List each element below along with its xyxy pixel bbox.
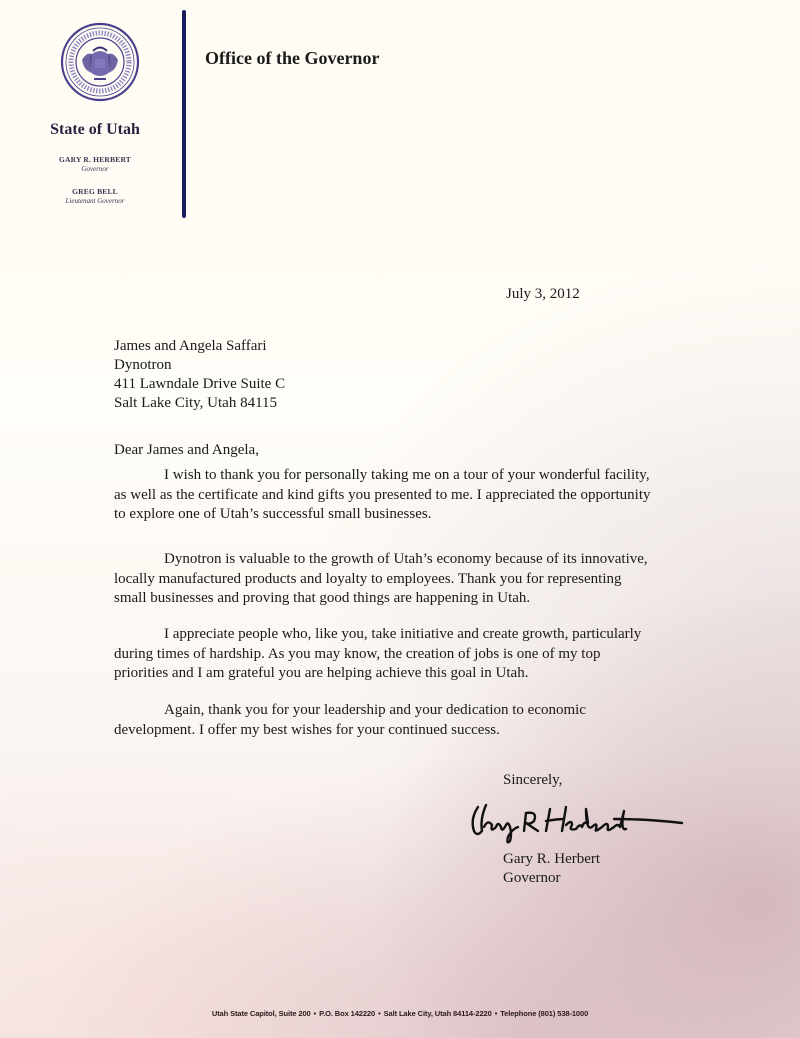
footer-po-box: P.O. Box 142220: [319, 1009, 375, 1018]
state-name: State of Utah: [30, 121, 160, 139]
salutation: Dear James and Angela,: [114, 442, 259, 459]
paragraph-line: I appreciate people who, like you, take …: [114, 625, 694, 645]
signer-name: Gary R. Herbert: [503, 850, 600, 869]
governor-name: GARY R. HERBERT: [30, 155, 160, 164]
recipient-address: James and Angela Saffari Dynotron 411 La…: [114, 337, 285, 413]
signer-title: Governor: [503, 869, 600, 888]
paragraph-line: as well as the certificate and kind gift…: [114, 486, 694, 506]
lieutenant-governor-title: Lieutenant Governor: [30, 197, 160, 205]
closing: Sincerely,: [503, 772, 562, 789]
footer-city: Salt Lake City, Utah 84114-2220: [384, 1009, 492, 1018]
paragraph-line: during times of hardship. As you may kno…: [114, 645, 694, 665]
letterhead-footer: Utah State Capitol, Suite 200•P.O. Box 1…: [0, 1009, 800, 1018]
handwritten-signature-icon: [468, 797, 690, 847]
paragraph-line: small businesses and proving that good t…: [114, 589, 694, 609]
lieutenant-governor-name: GREG BELL: [30, 187, 160, 196]
paragraph-line: Again, thank you for your leadership and…: [114, 701, 694, 721]
recipient-city: Salt Lake City, Utah 84115: [114, 394, 285, 413]
signer-block: Gary R. Herbert Governor: [503, 850, 600, 888]
letter-page: State of Utah GARY R. HERBERT Governor G…: [0, 0, 800, 1038]
lieutenant-governor-block: GREG BELL Lieutenant Governor: [30, 187, 160, 205]
footer-telephone: Telephone (801) 538-1000: [500, 1009, 588, 1018]
letterhead-divider: [182, 10, 186, 218]
recipient-company: Dynotron: [114, 356, 285, 375]
recipient-name: James and Angela Saffari: [114, 337, 285, 356]
footer-separator: •: [311, 1009, 320, 1018]
footer-separator: •: [375, 1009, 384, 1018]
paragraph-line: I wish to thank you for personally takin…: [114, 466, 694, 486]
footer-separator: •: [492, 1009, 501, 1018]
paragraph-line: development. I offer my best wishes for …: [114, 721, 694, 741]
governor-block: GARY R. HERBERT Governor: [30, 155, 160, 173]
paragraph-line: Dynotron is valuable to the growth of Ut…: [114, 550, 694, 570]
governor-title: Governor: [30, 165, 160, 173]
office-title: Office of the Governor: [205, 48, 379, 69]
paragraph-line: to explore one of Utah’s successful smal…: [114, 505, 694, 525]
recipient-street: 411 Lawndale Drive Suite C: [114, 375, 285, 394]
body-paragraph: Again, thank you for your leadership and…: [114, 701, 694, 740]
body-paragraph: Dynotron is valuable to the growth of Ut…: [114, 550, 694, 609]
letter-date: July 3, 2012: [506, 286, 580, 303]
body-paragraph: I wish to thank you for personally takin…: [114, 466, 694, 525]
paragraph-line: priorities and I am grateful you are hel…: [114, 664, 694, 684]
paragraph-line: locally manufactured products and loyalt…: [114, 570, 694, 590]
footer-address: Utah State Capitol, Suite 200: [212, 1009, 311, 1018]
body-paragraph: I appreciate people who, like you, take …: [114, 625, 694, 684]
great-seal-of-utah-icon: [60, 22, 140, 102]
